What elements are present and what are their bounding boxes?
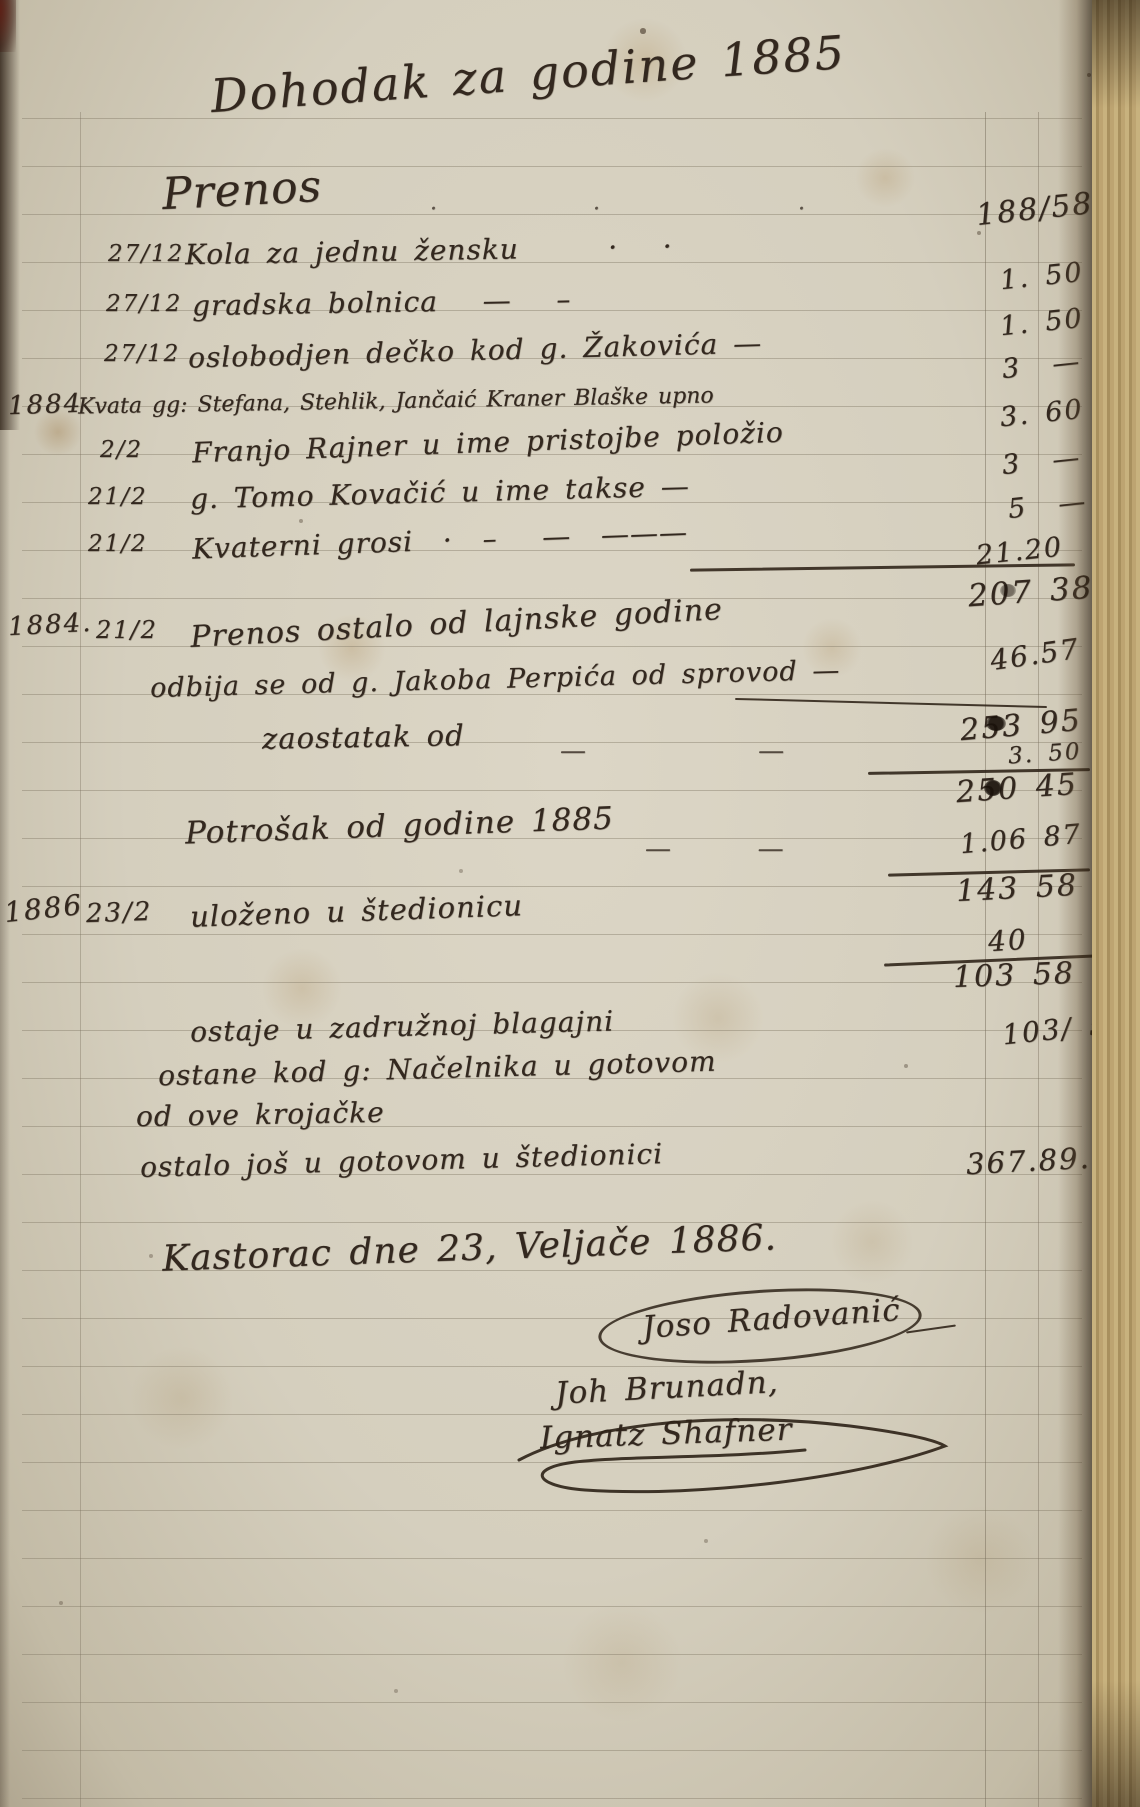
entry-date: 21/2: [88, 485, 148, 509]
entry-desc: gradska bolnica — –: [192, 285, 572, 321]
ledger-page-scan: Dohodak za godine 1885 Prenos · · · ‐ · …: [0, 0, 1140, 1807]
entry-date: 21/2: [88, 532, 148, 556]
top-left-corner-mark: [0, 0, 16, 52]
page-title: Dohodak za godine 1885: [209, 28, 847, 121]
closing-line3: od ove krojačke: [136, 1098, 385, 1132]
book-page-edges: [1092, 0, 1140, 1807]
entry-desc: Kola za jednu žensku · ·: [185, 232, 673, 270]
carryover-dashes: — —: [560, 738, 785, 765]
deposit-date: 23/2: [86, 899, 153, 929]
carryover-date: 21/2: [96, 618, 158, 643]
margin-line: [80, 112, 81, 1807]
signature-flourish: [505, 1398, 960, 1513]
entry-date: 27/12: [108, 242, 184, 266]
left-binding-shadow: [0, 0, 20, 430]
deposit-year: 1886: [3, 890, 85, 928]
page-curl-shadow: [1058, 0, 1092, 1807]
carryover-line3: zaostatak od: [262, 720, 465, 754]
prenos-label: Prenos: [161, 164, 323, 219]
left-binding-shadow-lower: [0, 430, 10, 1807]
entry-date: 2/2: [100, 438, 143, 462]
deposit-amount: 40: [987, 925, 1029, 957]
ink-blot: [986, 716, 1006, 731]
carryover-year: 1884.: [7, 610, 93, 642]
ink-blot: [1000, 584, 1016, 597]
ruled-lines: [22, 118, 1082, 1801]
ink-blot: [984, 780, 1002, 796]
entry-date: 27/12: [104, 342, 180, 366]
expense-dashes: — —: [645, 836, 785, 863]
entry-date: 27/12: [106, 292, 182, 316]
